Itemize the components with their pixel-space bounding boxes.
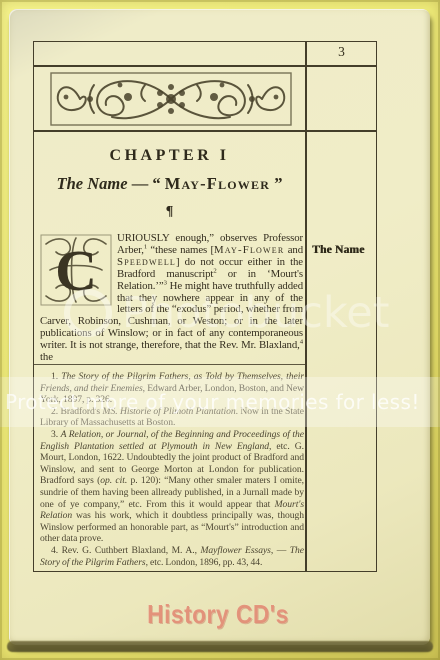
header-rule bbox=[33, 65, 377, 67]
scanned-book-photo: 3 bbox=[0, 0, 440, 660]
pilcrow-mark: ¶ bbox=[33, 204, 306, 220]
page-number: 3 bbox=[306, 44, 377, 60]
margin-note: The Name bbox=[312, 244, 376, 256]
footnotes-block: 1. The Story of the Pilgrim Fathers, as … bbox=[40, 371, 304, 571]
drop-cap-letter: C bbox=[55, 238, 97, 303]
footnote-separator-rule bbox=[34, 364, 305, 365]
chapter-subtitle: The Name — “ May-Flower ” bbox=[33, 174, 306, 194]
margin-column-rule bbox=[305, 41, 307, 572]
footnote-4: 4. Rev. G. Cuthbert Blaxland, M. A., May… bbox=[40, 545, 304, 568]
ornament-bottom-rule bbox=[33, 130, 377, 132]
drop-cap-initial: C bbox=[40, 234, 112, 306]
footnote-2: 2. Bradford's MS. Historie of Plimoth Pl… bbox=[40, 406, 304, 429]
footnote-3: 3. A Relation, or Journal, of the Beginn… bbox=[40, 429, 304, 545]
body-paragraph: C URIOUSLY enough,” observes Professor A… bbox=[40, 233, 303, 363]
ornamental-headpiece bbox=[50, 71, 292, 127]
seller-watermark: History CD's bbox=[53, 599, 384, 630]
footnote-1: 1. The Story of the Pilgrim Fathers, as … bbox=[40, 371, 304, 406]
page-edge-shadow bbox=[7, 641, 433, 652]
chapter-heading: CHAPTER I bbox=[33, 147, 306, 165]
